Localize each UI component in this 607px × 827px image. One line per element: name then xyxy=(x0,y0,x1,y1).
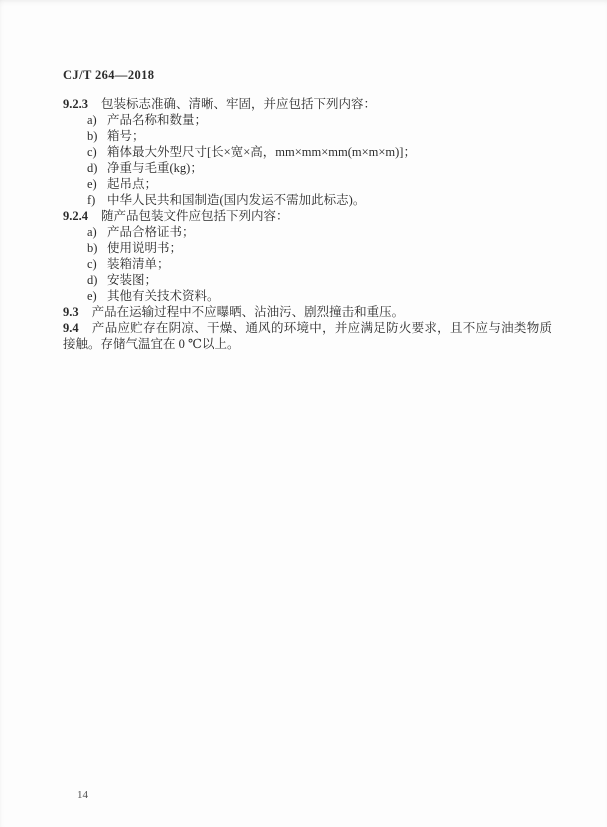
clause-number: 9.4 xyxy=(63,321,79,335)
clause-number: 9.3 xyxy=(63,305,79,319)
list-item-label: c) xyxy=(87,256,107,272)
list-item-text: 装箱清单； xyxy=(107,256,552,272)
list-item: a) 产品名称和数量； xyxy=(87,112,552,128)
list-item-label: e) xyxy=(87,176,107,192)
list-item: d) 净重与毛重(kg)； xyxy=(87,160,552,176)
clause-text: 包装标志准确、清晰、牢固，并应包括下列内容： xyxy=(101,97,376,111)
list-item-text: 箱号； xyxy=(107,128,552,144)
list-item-label: c) xyxy=(87,144,107,160)
list-item-text: 产品合格证书； xyxy=(107,224,552,240)
list-item: e) 起吊点； xyxy=(87,176,552,192)
list-item-text: 中华人民共和国制造(国内发运不需加此标志)。 xyxy=(107,192,552,208)
list-item-text: 产品名称和数量； xyxy=(107,112,552,128)
list-item-label: b) xyxy=(87,240,107,256)
list-item: c) 箱体最大外型尺寸[长×宽×高，mm×mm×mm(m×m×m)]； xyxy=(87,144,552,160)
list-item: b) 使用说明书； xyxy=(87,240,552,256)
list-item-text: 净重与毛重(kg)； xyxy=(107,160,552,176)
list-item-text: 安装图； xyxy=(107,272,552,288)
clause-9-3: 9.3产品在运输过程中不应曝晒、沾油污、剧烈撞击和重压。 xyxy=(63,304,552,320)
list-item: f) 中华人民共和国制造(国内发运不需加此标志)。 xyxy=(87,192,552,208)
list-item-text: 其他有关技术资料。 xyxy=(107,288,552,304)
clause-number: 9.2.3 xyxy=(63,97,88,111)
clause-text: 随产品包装文件应包括下列内容： xyxy=(101,209,289,223)
clause-number: 9.2.4 xyxy=(63,209,88,223)
clause-text: 产品应贮存在阴凉、干燥、通风的环境中，并应满足防火要求，且不应与油类物质接触。存… xyxy=(63,321,552,351)
standard-number-header: CJ/T 264—2018 xyxy=(63,68,154,83)
list-item: c) 装箱清单； xyxy=(87,256,552,272)
document-body: 9.2.3包装标志准确、清晰、牢固，并应包括下列内容： a) 产品名称和数量； … xyxy=(63,96,552,352)
clause-9-2-3: 9.2.3包装标志准确、清晰、牢固，并应包括下列内容： xyxy=(63,96,552,112)
page-number: 14 xyxy=(77,789,88,801)
document-page: CJ/T 264—2018 9.2.3包装标志准确、清晰、牢固，并应包括下列内容… xyxy=(0,0,607,827)
list-item-label: a) xyxy=(87,112,107,128)
list-item-text: 使用说明书； xyxy=(107,240,552,256)
list-item-label: a) xyxy=(87,224,107,240)
list-item-label: b) xyxy=(87,128,107,144)
clause-text: 产品在运输过程中不应曝晒、沾油污、剧烈撞击和重压。 xyxy=(92,305,405,319)
list-item-label: d) xyxy=(87,272,107,288)
list-item-text: 起吊点； xyxy=(107,176,552,192)
list-item: e) 其他有关技术资料。 xyxy=(87,288,552,304)
list-item-label: d) xyxy=(87,160,107,176)
list-item-label: f) xyxy=(87,192,107,208)
clause-9-2-4: 9.2.4随产品包装文件应包括下列内容： xyxy=(63,208,552,224)
list-item: d) 安装图； xyxy=(87,272,552,288)
clause-9-4: 9.4产品应贮存在阴凉、干燥、通风的环境中，并应满足防火要求，且不应与油类物质接… xyxy=(63,320,552,352)
list-item-label: e) xyxy=(87,288,107,304)
list-item: a) 产品合格证书； xyxy=(87,224,552,240)
list-item: b) 箱号； xyxy=(87,128,552,144)
list-item-text: 箱体最大外型尺寸[长×宽×高，mm×mm×mm(m×m×m)]； xyxy=(107,144,552,160)
